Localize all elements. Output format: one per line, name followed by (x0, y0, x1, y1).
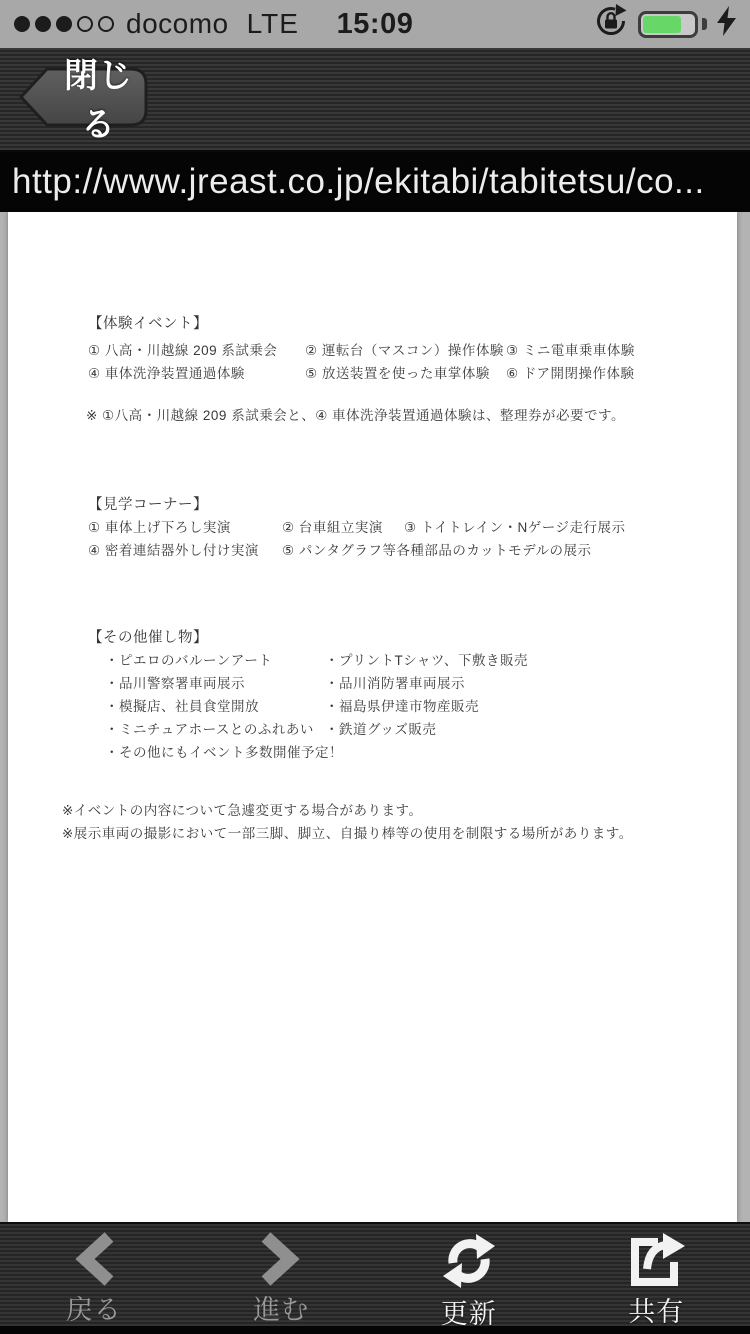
sonota-row-4: ・ミニチュアホースとのふれあい ・鉄道グッズ販売 (105, 718, 436, 738)
webpage: 【体験イベント】 ① 八高・川越線 209 系試乗会 ② 運転台（マスコン）操作… (8, 212, 737, 1222)
section-heading-sonota: 【その他催し物】 (88, 626, 208, 647)
kengaku-row-1: ① 車体上げ下ろし実演 ② 台車組立実演 ③ トイトレイン・Nゲージ走行展示 (88, 516, 625, 536)
taiken-row-1: ① 八高・川越線 209 系試乗会 ② 運転台（マスコン）操作体験 ③ ミニ電車… (88, 339, 635, 359)
share-button[interactable]: 共有 (563, 1224, 750, 1326)
section-heading-taiken: 【体験イベント】 (88, 312, 208, 333)
kengaku-row-2: ④ 密着連結器外し付け実演 ⑤ パンタグラフ等各種部品のカットモデルの展示 (88, 539, 592, 559)
event-item: ・その他にもイベント多数開催予定！ (105, 741, 325, 761)
event-item: ⑤ 放送装置を使った車掌体験 (305, 362, 506, 382)
sonota-row-2: ・品川警察署車両展示 ・品川消防署車両展示 (105, 672, 465, 692)
event-item: ③ ミニ電車乗車体験 (506, 339, 635, 359)
event-item: ・プリントTシャツ、下敷き販売 (325, 649, 528, 669)
back-chevron-icon (72, 1232, 116, 1286)
section-heading-kengaku: 【見学コーナー】 (88, 493, 208, 514)
sonota-row-3: ・模擬店、社員食堂開放 ・福島県伊達市物産販売 (105, 695, 479, 715)
event-item: ② 台車組立実演 (282, 516, 404, 536)
url-bar[interactable]: http://www.jreast.co.jp/ekitabi/tabitets… (0, 152, 750, 212)
taiken-note: ※ ①八高・川越線 209 系試乗会と、④ 車体洗浄装置通過体験は、整理券が必要… (86, 404, 625, 424)
footnote: ※展示車両の撮影において一部三脚、脚立、自撮り棒等の使用を制限する場所があります… (62, 822, 633, 842)
close-button-label: 閉じる (52, 65, 144, 129)
refresh-icon (440, 1232, 498, 1290)
event-item: ③ トイトレイン・Nゲージ走行展示 (404, 516, 625, 536)
back-button-label: 戻る (66, 1288, 122, 1327)
event-item: ① 車体上げ下ろし実演 (88, 516, 282, 536)
battery-icon (638, 11, 698, 38)
sonota-row-1: ・ピエロのバルーンアート ・プリントTシャツ、下敷き販売 (105, 649, 528, 669)
refresh-button-label: 更新 (441, 1292, 497, 1331)
charging-bolt-icon (717, 6, 736, 43)
event-item: ④ 車体洗浄装置通過体験 (88, 362, 305, 382)
carrier-label: docomo (126, 8, 229, 40)
taiken-row-2: ④ 車体洗浄装置通過体験 ⑤ 放送装置を使った車掌体験 ⑥ ドア開閉操作体験 (88, 362, 634, 382)
event-item: ④ 密着連結器外し付け実演 (88, 539, 282, 559)
event-item: ⑥ ドア開閉操作体験 (506, 362, 634, 382)
event-item: ・ミニチュアホースとのふれあい (105, 718, 325, 738)
event-item: ・品川消防署車両展示 (325, 672, 465, 692)
network-type-label: LTE (247, 8, 299, 40)
sonota-row-5: ・その他にもイベント多数開催予定！ (105, 741, 325, 761)
share-button-label: 共有 (628, 1290, 684, 1329)
forward-button[interactable]: 進む (188, 1224, 376, 1326)
url-text: http://www.jreast.co.jp/ekitabi/tabitets… (12, 162, 705, 202)
status-bar: docomo LTE 15:09 (0, 0, 750, 48)
refresh-button[interactable]: 更新 (375, 1224, 563, 1326)
iphone-screen: docomo LTE 15:09 (0, 0, 750, 1334)
forward-button-label: 進む (253, 1288, 309, 1327)
event-item: ② 運転台（マスコン）操作体験 (305, 339, 506, 359)
browser-toolbar: 戻る 進む 更新 (0, 1222, 750, 1334)
battery-tip (702, 18, 707, 30)
event-item: ・模擬店、社員食堂開放 (105, 695, 325, 715)
event-item: ⑤ パンタグラフ等各種部品のカットモデルの展示 (282, 539, 592, 559)
share-icon (626, 1232, 686, 1288)
signal-strength-icon (14, 16, 114, 32)
close-button[interactable]: 閉じる (16, 65, 150, 129)
browser-header: 閉じる (0, 48, 750, 152)
web-view[interactable]: 【体験イベント】 ① 八高・川越線 209 系試乗会 ② 運転台（マスコン）操作… (0, 212, 750, 1222)
forward-chevron-icon (259, 1232, 303, 1286)
event-item: ・品川警察署車両展示 (105, 672, 325, 692)
event-item: ・福島県伊達市物産販売 (325, 695, 479, 715)
orientation-lock-icon (594, 4, 628, 45)
event-item: ・鉄道グッズ販売 (325, 718, 436, 738)
event-item: ・ピエロのバルーンアート (105, 649, 325, 669)
footnote: ※イベントの内容について急遽変更する場合があります。 (62, 799, 422, 819)
back-button[interactable]: 戻る (0, 1224, 188, 1326)
event-item: ① 八高・川越線 209 系試乗会 (88, 339, 305, 359)
